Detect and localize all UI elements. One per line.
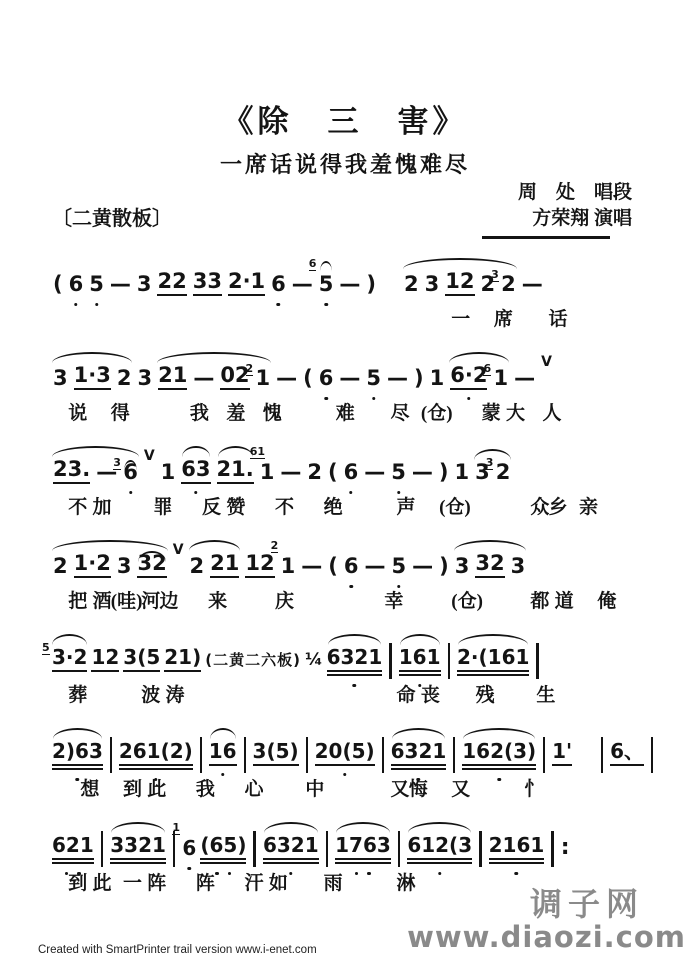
note-token: 63 [123,460,138,484]
barline [453,737,455,773]
note-token: ) [414,355,424,390]
note-token: — [412,449,433,484]
lyric-char: 河 [141,586,160,613]
lyric-char: 涛 [166,680,185,707]
note-token: — [110,261,131,296]
slur-group: 31·32 [50,352,134,390]
note-token: 2 [404,272,419,296]
lyric-char: 得 [111,398,130,425]
note-token: V [541,336,552,374]
note-token: 32 [137,551,166,578]
grace-note: 6 [309,258,317,271]
lyric-char: 亲 [579,492,598,519]
barline [326,831,329,867]
note-token: 16 [209,728,237,766]
music-system-7: 621332161(65)63211763612(32161:到此一阵阵汗如雨淋 [50,804,658,898]
barline [306,737,308,773]
barline [244,737,246,773]
note-token: 6 [344,543,359,578]
note-token: 12 [281,543,296,578]
note-token: 621 [52,822,94,860]
lyric-char: 雨 [324,868,343,895]
note-token: 2·1 [228,258,265,296]
barline [551,831,554,867]
note-token: 12 [256,366,271,390]
note-token: 6 [271,261,286,296]
music-system-4: 21·2332V2211212—(6—5—)3323把酒(哇)河边来庆幸(仓)都… [50,522,658,616]
lyric-char: 说 [68,398,87,425]
note-token: 33 [193,258,222,296]
note-token: 3 [425,272,440,296]
note-token: 6 [319,355,334,390]
grace-note: 2 [271,540,279,553]
lyric-char: 到 [68,868,87,895]
lyric-char: 难 [336,398,355,425]
lyrics-row: 说得我羞愧难尽(仓)蒙大人 [50,398,658,426]
note-token: 56 [319,261,334,296]
lyric-char: 又 [451,774,470,801]
lyric-char: (哇) [111,586,143,613]
lyric-char: 到 [123,774,142,801]
note-token: 23 [496,460,511,484]
barline [382,737,384,773]
note-token: 32 [475,551,504,578]
lyric-char: 人 [542,398,561,425]
note-token: 2 [117,366,132,390]
note-token: 162(3) [462,728,536,766]
music-system-5: 3·25123(521)(二黄二六板)¼63211612·(161葬波涛命丧残生 [50,616,658,710]
music-system-6: 2)63261(2)163(5)20(5)6321162(3)1'6、想到此我心… [50,710,658,804]
lyric-char: 不 [275,492,294,519]
slur-group: 3·25 [50,634,89,672]
note-token: 1763 [335,822,391,860]
note-token: 6 [69,261,84,296]
note-token: — [412,543,433,578]
note-token: ( [328,543,338,578]
note-token: 5 [366,355,381,390]
barline [110,737,112,773]
note-token: 612(3 [407,822,472,860]
grace-note: 3 [486,457,494,470]
lyric-char: 阵 [196,868,215,895]
lyric-char: 来 [208,586,227,613]
barline [101,831,104,867]
lyric-char: 幸 [384,586,403,613]
lyric-char: 把 [68,586,87,613]
barline [200,737,202,773]
slur-group: 221 [187,540,243,578]
lyric-char: 此 [93,868,112,895]
lyric-char: 此 [147,774,166,801]
lyric-char: 边 [159,586,178,613]
note-token: 3321 [110,822,166,860]
music-system-2: 31·32321—0212—(6—5—)16·216—V说得我羞愧难尽(仓)蒙大… [50,334,658,428]
note-token: 161 [260,449,275,484]
lyric-char: 蒙 [482,398,501,425]
notes-row: 2)63261(2)163(5)20(5)6321162(3)1'6、 [50,710,658,766]
lyrics-row: 一席话 [50,304,658,332]
notes-row: 21·2332V2211212—(6—5—)3323 [50,522,658,578]
lyric-char: 波 [141,680,160,707]
note-token: ) [439,543,449,578]
note-token: 21 [210,551,239,578]
grace-note: 61 [250,446,265,459]
lyric-char: 羞 [226,398,245,425]
note-token: 23 [501,272,516,296]
lyric-char: 道 [555,586,574,613]
lyric-char: 赞 [226,492,245,519]
lyric-char: 罪 [153,492,172,519]
barline [479,831,482,867]
note-token: 3(5) [253,728,299,766]
watermark: 调子网 www.diaozi.com [407,888,686,952]
note-token: (65) [200,822,246,860]
lyric-char: 一 [123,868,142,895]
note-token: 1·2 [74,551,111,578]
note-token: 2 [190,554,205,578]
lyric-char: 心 [245,774,264,801]
note-token: 16 [493,366,508,390]
music-system-3: 23.—63V16321.161—2(6—5—)1323不加罪反赞不绝声(仓)众… [50,428,658,522]
lyric-char: 命 [397,680,416,707]
barline [173,831,176,867]
barline [651,737,653,773]
note-token: 12 [445,269,474,296]
note-token: — [387,355,408,390]
note-token: V [144,430,155,468]
lyric-char: 我 [196,774,215,801]
note-token: 5 [391,449,406,484]
note-token: 2·(161 [457,634,529,672]
lyrics-row: 把酒(哇)河边来庆幸(仓)都道俺 [50,586,658,614]
lyric-char: 一 [451,304,470,331]
lyric-char: 绝 [324,492,343,519]
note-token: 21. [217,446,254,484]
lyric-char: 俺 [597,586,616,613]
note-token: — [280,449,301,484]
lyric-char: 众 [530,492,549,519]
note-token: — [522,261,543,296]
aria-subtitle: 一席话说得我羞愧难尽 [0,148,690,179]
note-token: 61 [182,825,196,860]
note-token: 1 [454,449,469,484]
grace-note: 2 [246,363,254,376]
note-token: 23. [53,457,90,484]
lyric-char: (仓) [421,398,453,425]
note-token: 6321 [391,728,447,766]
lyric-char: 悔 [409,774,428,801]
note-token: 6 [344,449,359,484]
lyric-char: 都 [530,586,549,613]
lyric-char: 席 [494,304,513,331]
notes-row: 23.—63V16321.161—2(6—5—)1323 [50,428,658,484]
note-token: 3 [455,554,470,578]
footer-print-note: Created with SmartPrinter trail version … [38,944,317,956]
lyric-char: 丧 [421,680,440,707]
note-token: 22 [157,258,186,296]
watermark-site-name: 调子网 [407,888,644,922]
slur-group: 3323 [452,540,528,578]
lyric-char: 我 [190,398,209,425]
note-token: 6321 [263,822,319,860]
note-token: — [514,355,535,390]
note-token: — [364,449,385,484]
lyric-char: 乡 [549,492,568,519]
credit-aria-source: 周 处 唱段 [482,180,632,206]
barline [543,737,545,773]
grace-note: 5 [42,642,50,655]
note-token: 1·3 [74,363,111,390]
note-token: 161 [399,634,441,672]
page-title: 《除 三 害》 [0,96,690,141]
note-token: (二黄二六板) [205,635,301,672]
notes-row: 3·25123(521)(二黄二六板)¼63211612·(161 [50,616,658,672]
note-token: ( [328,449,338,484]
score-systems: (65—322332·16—56—)2312223—一席话31·32321—02… [50,240,658,898]
note-token: 2161 [489,822,545,860]
note-token: 261(2) [119,728,193,766]
note-token: 6·2 [450,363,487,390]
lyric-char: 又 [390,774,409,801]
note-token: 1 [430,355,445,390]
barline [398,831,401,867]
lyric-char: 忄 [524,774,543,801]
note-token: 2)63 [52,728,103,766]
note-token: 63 [181,446,210,484]
credits-block: 周 处 唱段 方荣翔 演唱 [482,180,632,239]
note-token: 21 [158,363,187,390]
notes-row: (65—322332·16—56—)2312223— [50,240,658,296]
grace-note: 3 [491,269,499,282]
barline [448,643,451,679]
lyric-char: 汗 [245,868,264,895]
lyric-char: 大 [506,398,525,425]
note-token: 2 [307,449,322,484]
note-token: 3 [117,554,132,578]
lyric-char: 阵 [147,868,166,895]
grace-note: 3 [113,457,121,470]
note-token: ( [53,261,63,296]
note-token: — [339,261,360,296]
lyrics-row: 想到此我心中又悔又忄 [50,774,658,802]
mode-label: 〔二黄散板〕 [52,202,172,231]
note-token: — [339,355,360,390]
lyric-char: 愧 [263,398,282,425]
note-token: 3 [137,355,152,390]
lyrics-row: 葬波涛命丧残生 [50,680,658,708]
note-token: ) [366,261,376,296]
lyric-char: (仓) [451,586,483,613]
note-token: — [276,355,297,390]
note-token: ) [439,449,449,484]
note-token: ( [303,355,313,390]
lyric-char: 声 [397,492,416,519]
notes-row: 621332161(65)63211763612(32161: [50,804,658,860]
slur-group: 21—0212 [155,352,273,390]
lyrics-row: 不加罪反赞不绝声(仓)众乡亲 [50,492,658,520]
grace-note: 1 [172,822,180,835]
note-token: 3 [511,554,526,578]
note-token: 5 [391,543,406,578]
lyric-char: 酒 [93,586,112,613]
note-token: 12 [91,634,119,672]
note-token: — [193,366,214,390]
note-token: 1' [552,728,572,766]
note-token: 6、 [610,728,644,766]
credit-singer: 方荣翔 演唱 [482,206,632,232]
barline [253,831,256,867]
barline [601,737,603,773]
lyric-char: 葬 [68,680,87,707]
music-system-1: (65—322332·16—56—)2312223—一席话 [50,240,658,334]
note-token: 1 [161,449,176,484]
note-token: — [301,543,322,578]
slur-group: 6·216 [447,352,511,390]
note-token: V [173,524,184,562]
note-token: ¼ [305,635,323,672]
lyric-char: 加 [93,492,112,519]
notes-row: 31·32321—0212—(6—5—)16·216—V [50,334,658,390]
note-token: 20(5) [315,728,375,766]
note-token: 3 [137,261,152,296]
lyric-char: (仓) [439,492,471,519]
note-token: 3·25 [52,645,87,672]
slur-group: 23.—63 [50,446,141,484]
barline [536,643,539,679]
note-token: 5 [89,261,104,296]
lyric-char: 话 [549,304,568,331]
note-token: 3 [53,366,68,390]
sheet-music-page: 《除 三 害》 一席话说得我羞愧难尽 周 处 唱段 方荣翔 演唱 〔二黄散板〕 … [0,0,690,975]
grace-note: 6 [483,363,491,376]
note-token: 6321 [327,634,383,672]
watermark-site-url: www.diaozi.com [407,922,686,952]
lyric-char: 生 [536,680,555,707]
slur-group: 21·2332 [50,540,170,578]
slur-group: 2312223 [401,258,519,296]
note-token: 3(5 [123,634,160,672]
lyric-char: 反 [202,492,221,519]
note-token: 2 [53,554,68,578]
lyric-char: 残 [476,680,495,707]
slur-group: 323 [472,449,513,484]
lyric-char: 庆 [275,586,294,613]
lyric-char: 如 [269,868,288,895]
lyric-char: 不 [68,492,87,519]
note-token: — [364,543,385,578]
lyric-char: 中 [305,774,324,801]
credit-underline [482,236,610,239]
barline [389,643,392,679]
note-token: : [561,824,570,860]
lyric-char: 想 [80,774,99,801]
lyric-char: 尽 [390,398,409,425]
note-token: 21) [164,634,201,672]
